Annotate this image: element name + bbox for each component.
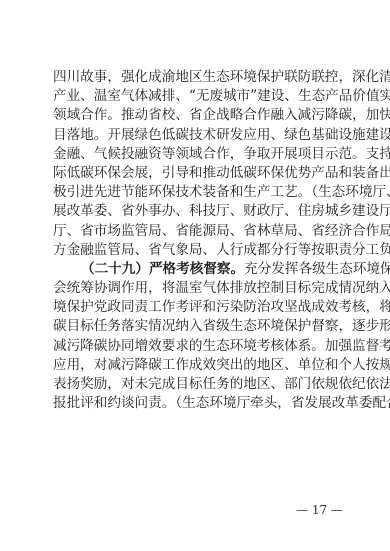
text-line: 产业、温室气体减排、“无废城市”建设、生态产品价值实现等: [53, 87, 343, 106]
text-line: 极引进先进节能环保技术装备和生产工艺。（生态环境厅、省发: [53, 183, 343, 202]
text-line: 四川故事，强化成渝地区生态环境保护联防联控，深化清洁能源: [53, 68, 343, 87]
text-segment: 充分发挥各级生态环境保护委员: [244, 261, 390, 277]
text-line: 应用，对减污降碳工作成效突出的地区、单位和个人按规定给予: [53, 356, 343, 375]
text-line: 报批评和约谈问责。（生态环境厅牵头，省发展改革委配合）: [53, 394, 343, 413]
text-line: 金融、气候投融资等领域合作，争取开展项目示范。支持举办国: [53, 145, 343, 164]
text-line: 际低碳环保会展，引导和推动低碳环保优势产品和装备出口，积: [53, 164, 343, 183]
text-line: 表扬奖励，对未完成目标任务的地区、部门依规依纪依法实行通: [53, 375, 343, 394]
text-line: 展改革委、省外事办、科技厅、财政厅、住房城乡建设厅、商务: [53, 202, 343, 221]
text-line: 会统筹协调作用，将温室气体排放控制目标完成情况纳入生态环: [53, 279, 343, 298]
document-page: 四川故事，强化成渝地区生态环境保护联防联控，深化清洁能源 产业、温室气体减排、“…: [0, 0, 390, 551]
text-line: 目落地。开展绿色低碳技术研发应用、绿色基础设施建设、绿色: [53, 126, 343, 145]
text-line: 境保护党政同责工作考评和污染防治攻坚战成效考核，将减污降: [53, 298, 343, 317]
body-text: 四川故事，强化成渝地区生态环境保护联防联控，深化清洁能源 产业、温室气体减排、“…: [53, 68, 343, 413]
page-number: — 17 —: [296, 503, 343, 517]
section-heading: （二十九）严格考核督察。: [81, 261, 244, 277]
text-line: 厅、省市场监管局、省能源局、省林草局、省经济合作局、省地: [53, 222, 343, 241]
section-heading-line: （二十九）严格考核督察。充分发挥各级生态环境保护委员: [53, 260, 343, 279]
text-line: 方金融监管局、省气象局、人行成都分行等按职责分工负责）: [53, 241, 343, 260]
text-line: 碳目标任务落实情况纳入省级生态环境保护督察，逐步形成体现: [53, 317, 343, 336]
text-line: 领域合作。推动省校、省企战略合作融入减污降碳，加快合作项: [53, 106, 343, 125]
text-line: 减污降碳协同增效要求的生态环境考核体系。加强监督考核结果: [53, 337, 343, 356]
